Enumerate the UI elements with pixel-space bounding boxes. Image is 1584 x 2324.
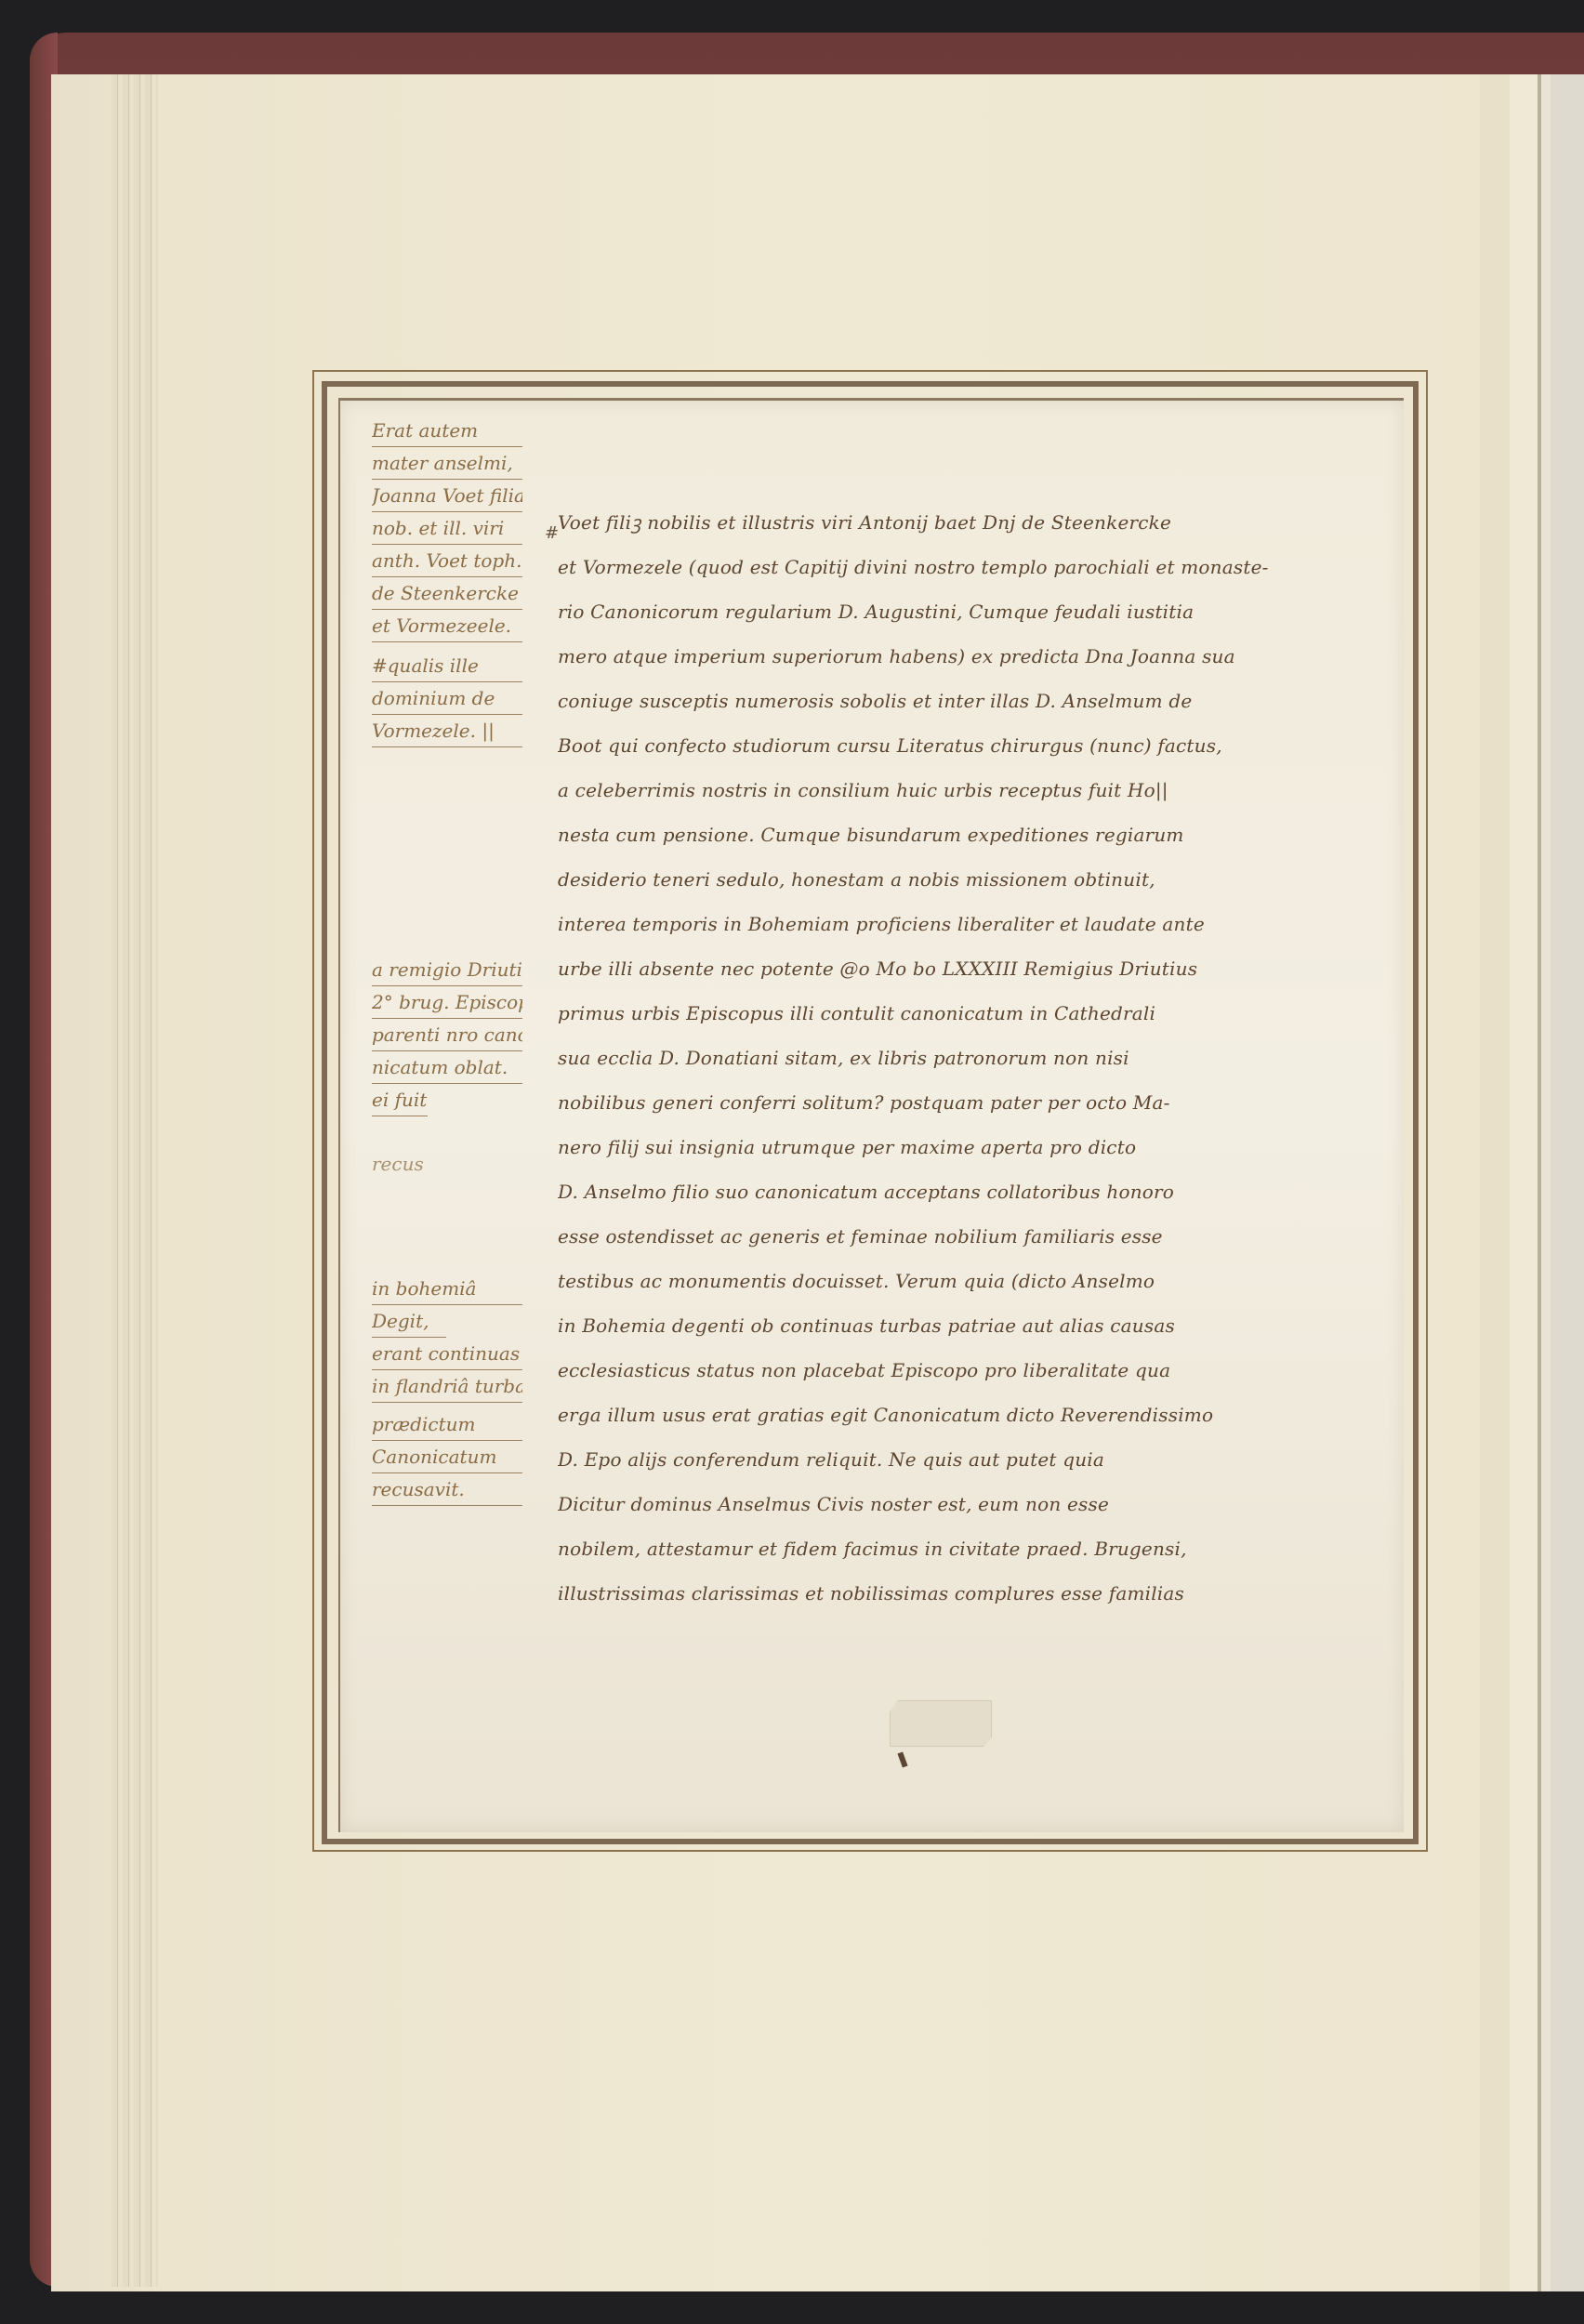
- margin-note-2: a remigio Driutio, 2° brug. Episcopo par…: [372, 954, 522, 1116]
- margin-line: mater anselmi,: [372, 447, 522, 480]
- text-line: desiderio teneri sedulo, honestam a nobi…: [558, 857, 1394, 902]
- margin-line: Joanna Voet filia: [372, 480, 522, 512]
- margin-line: #qualis ille: [372, 650, 522, 682]
- margin-line: parenti nro cano:: [372, 1019, 522, 1051]
- margin-note-4: in bohemiâ Degit, erant continuas in fla…: [372, 1273, 522, 1506]
- insertion-marker: #: [545, 523, 559, 543]
- margin-line: in bohemiâ: [372, 1273, 522, 1305]
- text-line: illustrissimas clarissimas et nobilissim…: [558, 1571, 1394, 1616]
- text-line: nobilibus generi conferri solitum? postq…: [558, 1080, 1394, 1125]
- text-line: ecclesiasticus status non placebat Episc…: [558, 1348, 1394, 1393]
- margin-line: ei fuit.: [372, 1084, 428, 1116]
- text-line: mero atque imperium superiorum habens) e…: [558, 634, 1394, 679]
- text-line: esse ostendisset ac generis et feminae n…: [558, 1214, 1394, 1259]
- book-gutter: [1480, 74, 1584, 2291]
- margin-line: a remigio Driutio,: [372, 954, 522, 986]
- text-line: D. Epo alijs conferendum reliquit. Ne qu…: [558, 1437, 1394, 1482]
- page-edges-stack: [112, 74, 158, 2287]
- text-line: Boot qui confecto studiorum cursu Litera…: [558, 723, 1394, 768]
- margin-note-3: recus: [372, 1148, 522, 1180]
- text-line: in Bohemia degenti ob continuas turbas p…: [558, 1303, 1394, 1348]
- text-line: nero filij sui insignia utrumque per max…: [558, 1125, 1394, 1169]
- text-line: nobilem, attestamur et fidem facimus in …: [558, 1526, 1394, 1571]
- text-line: a celeberrimis nostris in consilium huic…: [558, 768, 1394, 812]
- text-line: urbe illi absente nec potente @o Mo bo L…: [558, 946, 1394, 991]
- margin-note-1: Erat autem mater anselmi, Joanna Voet fi…: [372, 415, 522, 747]
- text-line: sua ecclia D. Donatiani sitam, ex libris…: [558, 1036, 1394, 1080]
- repair-tape-patch: [890, 1700, 992, 1747]
- main-handwritten-text: Voet filiꝫ nobilis et illustris viri Ant…: [558, 500, 1394, 1616]
- margin-line: Erat autem: [372, 415, 522, 447]
- margin-line: et Vormezeele.: [372, 610, 522, 642]
- margin-line: erant continuas: [372, 1338, 522, 1370]
- margin-line: recusavit.: [372, 1473, 522, 1506]
- margin-line: Canonicatum: [372, 1441, 522, 1473]
- margin-notes-column: Erat autem mater anselmi, Joanna Voet fi…: [372, 415, 522, 1506]
- text-line: rio Canonicorum regularium D. Augustini,…: [558, 589, 1394, 634]
- text-line: testibus ac monumentis docuisset. Verum …: [558, 1259, 1394, 1303]
- text-line: Dicitur dominus Anselmus Civis noster es…: [558, 1482, 1394, 1526]
- text-line: primus urbis Episcopus illi contulit can…: [558, 991, 1394, 1036]
- text-line: nesta cum pensione. Cumque bisundarum ex…: [558, 812, 1394, 857]
- margin-line: dominium de: [372, 682, 522, 715]
- text-line: Voet filiꝫ nobilis et illustris viri Ant…: [558, 500, 1394, 545]
- margin-line: anth. Voet toph.: [372, 545, 522, 577]
- margin-line: nicatum oblat.: [372, 1051, 522, 1084]
- margin-line: Vormezele. ||: [372, 715, 522, 747]
- text-line: interea temporis in Bohemiam proficiens …: [558, 902, 1394, 946]
- margin-line: Degit,: [372, 1305, 446, 1338]
- text-line: et Vormezele (quod est Capitij divini no…: [558, 545, 1394, 589]
- margin-line: de Steenkercke: [372, 577, 522, 610]
- text-line: coniuge susceptis numerosis sobolis et i…: [558, 679, 1394, 723]
- margin-line: in flandriâ turbas.: [372, 1370, 522, 1403]
- margin-line: nob. et ill. viri: [372, 512, 522, 545]
- margin-line: recus: [372, 1148, 522, 1180]
- margin-line: prædictum: [372, 1408, 522, 1441]
- text-line: D. Anselmo filio suo canonicatum accepta…: [558, 1169, 1394, 1214]
- margin-line: 2° brug. Episcopo: [372, 986, 522, 1019]
- text-line: erga illum usus erat gratias egit Canoni…: [558, 1393, 1394, 1437]
